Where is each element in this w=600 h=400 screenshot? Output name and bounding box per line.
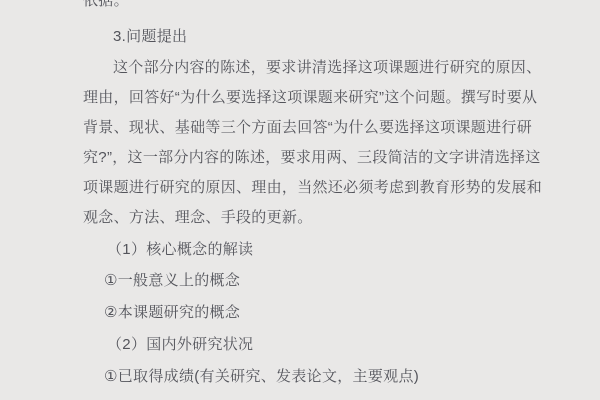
paragraph-line: 背景、现状、基础等三个方面去回答“为什么要选择这项课题进行研 [83, 118, 532, 137]
list-subitem-achievements: ①已取得成绩(有关研究、发表论文，主要观点) [104, 367, 419, 386]
list-item-core-concepts: （1）核心概念的解读 [107, 240, 253, 259]
list-item-research-status: （2）国内外研究状况 [107, 335, 253, 354]
list-subitem-general-concept: ①一般意义上的概念 [104, 271, 240, 290]
paragraph-line: 观念、方法、理念、手段的更新。 [83, 208, 313, 227]
document-page: 依据。 3.问题提出 这个部分内容的陈述，要求讲清选择这项课题进行研究的原因、 … [0, 0, 600, 400]
paragraph-line: 理由，回答好“为什么要选择这项课题来研究”这个问题。撰写时要从 [83, 88, 537, 107]
paragraph-line: 究?”，这一部分内容的陈述，要求用两、三段简洁的文字讲清选择这 [83, 148, 541, 167]
list-subitem-topic-concept: ②本课题研究的概念 [104, 303, 240, 322]
paragraph-line: 这个部分内容的陈述，要求讲清选择这项课题进行研究的原因、 [113, 58, 541, 77]
clipped-text-line: 依据。 [83, 0, 129, 10]
section-heading: 3.问题提出 [113, 27, 187, 46]
paragraph-line: 项课题进行研究的原因、理由，当然还必须考虑到教育形势的发展和 [83, 178, 542, 197]
